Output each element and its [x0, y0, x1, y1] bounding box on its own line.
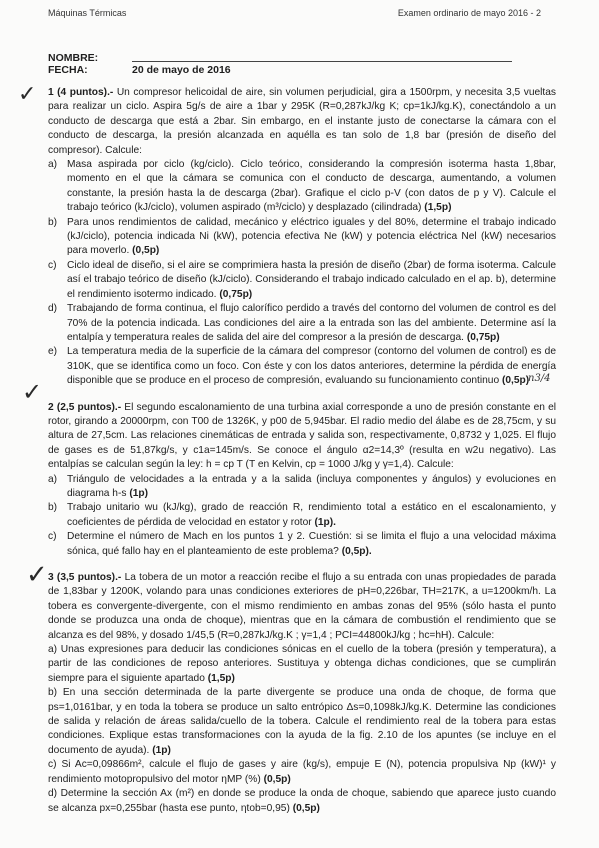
item-points: (0,75p)	[219, 289, 252, 300]
question-item: c)Determine el número de Mach en los pun…	[48, 530, 556, 559]
question-list: a)Triángulo de velocidades a la entrada …	[48, 473, 556, 559]
date-label: FECHA:	[48, 64, 132, 76]
question-item: a)Triángulo de velocidades a la entrada …	[48, 473, 556, 502]
problem-title: 2 (2,5 puntos).-	[48, 402, 121, 413]
item-text: Unas expresiones para deducir las condic…	[48, 644, 556, 684]
problem-statement: 3 (3,5 puntos).- La tobera de un motor a…	[48, 571, 556, 643]
item-marker: b)	[48, 501, 57, 515]
name-field-line	[132, 52, 512, 62]
page-header: Máquinas Térmicas Examen ordinario de ma…	[48, 8, 541, 18]
problem-title: 1 (4 puntos).-	[48, 87, 113, 98]
item-points: (0,5p)	[502, 375, 529, 386]
question-item: c) Si Ac=0,09866m², calcule el flujo de …	[48, 758, 556, 787]
student-identity: NOMBRE: FECHA: 20 de mayo de 2016	[48, 52, 512, 76]
check-mark-icon: ✓	[26, 560, 48, 590]
check-mark-icon: ✓	[22, 378, 42, 406]
problem-1: 1 (4 puntos).- Un compresor helicoidal d…	[48, 86, 556, 389]
date-value: 20 de mayo de 2016	[132, 64, 231, 76]
question-item: a) Unas expresiones para deducir las con…	[48, 643, 556, 686]
question-item: b) En una sección determinada de la part…	[48, 686, 556, 758]
item-marker: b)	[48, 216, 57, 230]
question-item: b)Para unos rendimientos de calidad, mec…	[48, 216, 556, 259]
item-marker: c)	[48, 759, 57, 770]
item-points: (1,5p)	[208, 673, 235, 684]
course-name: Máquinas Térmicas	[48, 8, 126, 18]
problem-text: La tobera de un motor a reacción recibe …	[48, 572, 556, 641]
item-text: La temperatura media de la superficie de…	[67, 346, 556, 386]
item-text: Trabajo unitario wu (kJ/kg), grado de re…	[67, 502, 556, 527]
item-text: Masa aspirada por ciclo (kg/ciclo). Cicl…	[67, 159, 556, 213]
question-list: a) Unas expresiones para deducir las con…	[48, 643, 556, 816]
name-label: NOMBRE:	[48, 52, 132, 64]
item-points: (1,5p)	[424, 202, 451, 213]
item-points: (1p)	[152, 745, 171, 756]
item-points: (0,5p)	[132, 245, 159, 256]
item-marker: a)	[48, 644, 57, 655]
item-points: (0,75p)	[467, 332, 500, 343]
question-list: a)Masa aspirada por ciclo (kg/ciclo). Ci…	[48, 158, 556, 389]
problem-2: 2 (2,5 puntos).- El segundo escalonamien…	[48, 401, 556, 559]
question-item: d)Trabajando de forma continua, el flujo…	[48, 302, 556, 345]
item-marker: c)	[48, 530, 57, 544]
item-points: (1p).	[315, 517, 337, 528]
item-text: Si Ac=0,09866m², calcule el flujo de gas…	[48, 759, 556, 784]
item-marker: b)	[48, 687, 57, 698]
item-text: Ciclo ideal de diseño, si el aire se com…	[67, 260, 556, 300]
problem-text: El segundo escalonamiento de una turbina…	[48, 402, 556, 471]
item-points: (0,5p)	[293, 803, 320, 814]
item-marker: a)	[48, 473, 57, 487]
item-text: Determine el número de Mach en los punto…	[67, 531, 556, 556]
exam-content: 1 (4 puntos).- Un compresor helicoidal d…	[48, 86, 556, 816]
problem-title: 3 (3,5 puntos).-	[48, 572, 121, 583]
item-marker: e)	[48, 345, 57, 359]
item-marker: d)	[48, 788, 57, 799]
problem-statement: 2 (2,5 puntos).- El segundo escalonamien…	[48, 401, 556, 473]
item-marker: d)	[48, 302, 57, 316]
item-points: (0,5p)	[264, 774, 291, 785]
question-item: d) Determine la sección Ax (m²) en donde…	[48, 787, 556, 816]
item-points: (0,5p).	[342, 546, 372, 557]
item-marker: a)	[48, 158, 57, 172]
question-item: a)Masa aspirada por ciclo (kg/ciclo). Ci…	[48, 158, 556, 216]
item-marker: c)	[48, 259, 57, 273]
question-item: b)Trabajo unitario wu (kJ/kg), grado de …	[48, 501, 556, 530]
question-item: c)Ciclo ideal de diseño, si el aire se c…	[48, 259, 556, 302]
exam-title: Examen ordinario de mayo 2016 - 2	[398, 8, 541, 18]
item-points: (1p)	[129, 488, 148, 499]
question-item: e)La temperatura media de la superficie …	[48, 345, 556, 388]
problem-text: Un compresor helicoidal de aire, sin vol…	[48, 87, 556, 156]
problem-statement: 1 (4 puntos).- Un compresor helicoidal d…	[48, 86, 556, 158]
item-text: En una sección determinada de la parte d…	[48, 687, 556, 756]
check-mark-icon: ✓	[18, 82, 36, 107]
problem-3: 3 (3,5 puntos).- La tobera de un motor a…	[48, 571, 556, 816]
